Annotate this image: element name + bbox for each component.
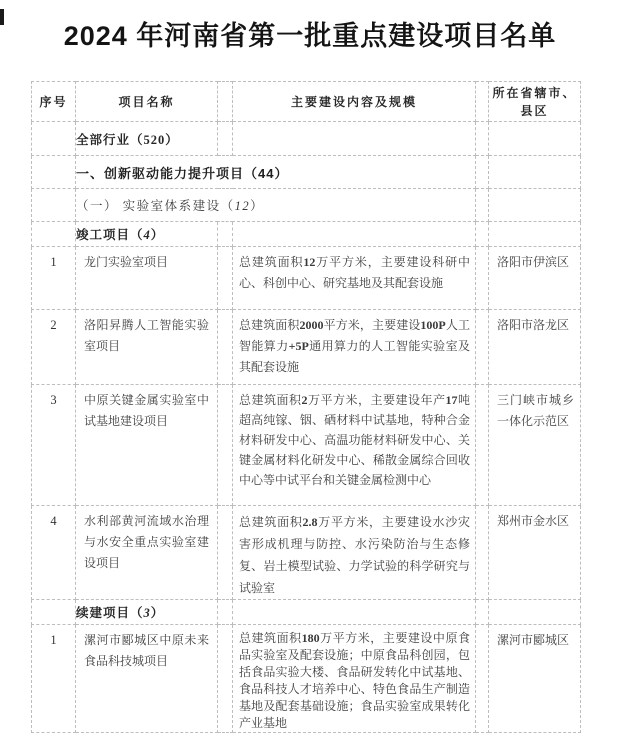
document-page: 2024 年河南省第一批重点建设项目名单 序号 项目名称 主要建设内容及规模 所… — [0, 0, 620, 753]
section-label: 续建项目（3） — [76, 600, 218, 625]
spacer-cell — [476, 506, 489, 600]
spacer-cell — [476, 156, 489, 189]
project-index: 4 — [32, 506, 76, 600]
spacer-cell — [476, 222, 489, 247]
index-cell — [32, 600, 76, 625]
table-header-row: 序号 项目名称 主要建设内容及规模 所在省辖市、县区 — [32, 82, 581, 122]
project-index: 2 — [32, 310, 76, 385]
col-header-project-name: 项目名称 — [76, 82, 218, 122]
project-name: 中原关键金属实验室中试基地建设项目 — [76, 385, 218, 506]
col-header-index: 序号 — [32, 82, 76, 122]
project-row: 1漯河市郾城区中原未来食品科技城项目总建筑面积180万平方米，主要建设中原食品实… — [32, 625, 581, 733]
spacer-cell — [218, 310, 233, 385]
project-row: 2洛阳昇腾人工智能实验室项目总建筑面积2000平方米，主要建设100P人工智能算… — [32, 310, 581, 385]
content-cell — [233, 122, 476, 156]
spacer-cell — [476, 625, 489, 733]
project-content: 总建筑面积180万平方米，主要建设中原食品实验室及配套设施；中原食品科创园，包括… — [233, 625, 476, 733]
spacer-cell — [218, 82, 233, 122]
section-row: 竣工项目（4） — [32, 222, 581, 247]
project-index: 3 — [32, 385, 76, 506]
page-title: 2024 年河南省第一批重点建设项目名单 — [0, 21, 620, 52]
scan-artifact — [0, 9, 4, 25]
project-location: 洛阳市伊滨区 — [489, 247, 581, 310]
section-label: 全部行业（520） — [76, 122, 218, 156]
project-content: 总建筑面积2.8万平方米，主要建设水沙灾害形成机理与防控、水污染防治与生态修复、… — [233, 506, 476, 600]
col-header-content: 主要建设内容及规模 — [233, 82, 476, 122]
index-cell — [32, 222, 76, 247]
spacer-cell — [476, 600, 489, 625]
section-label: 竣工项目（4） — [76, 222, 218, 247]
location-cell — [489, 189, 581, 222]
section-row: （一） 实验室体系建设（12） — [32, 189, 581, 222]
content-cell — [233, 222, 476, 247]
project-content: 总建筑面积12万平方米，主要建设科研中心、科创中心、研究基地及其配套设施 — [233, 247, 476, 310]
spacer-cell — [218, 122, 233, 156]
section-row: 全部行业（520） — [32, 122, 581, 156]
spacer-cell — [476, 247, 489, 310]
project-name: 水利部黄河流域水治理与水安全重点实验室建设项目 — [76, 506, 218, 600]
project-content: 总建筑面积2000平方米，主要建设100P人工智能算力+5P通用算力的人工智能实… — [233, 310, 476, 385]
index-cell — [32, 122, 76, 156]
location-cell — [489, 600, 581, 625]
spacer-cell — [218, 247, 233, 310]
location-cell — [489, 156, 581, 189]
spacer-cell — [476, 82, 489, 122]
spacer-cell — [476, 385, 489, 506]
project-row: 3中原关键金属实验室中试基地建设项目总建筑面积2万平方米，主要建设年产17吨超高… — [32, 385, 581, 506]
section-label: （一） 实验室体系建设（12） — [76, 189, 476, 222]
project-index: 1 — [32, 625, 76, 733]
spacer-cell — [218, 222, 233, 247]
spacer-cell — [218, 385, 233, 506]
spacer-cell — [476, 122, 489, 156]
index-cell — [32, 156, 76, 189]
spacer-cell — [476, 310, 489, 385]
section-row: 一、创新驱动能力提升项目（44） — [32, 156, 581, 189]
spacer-cell — [218, 600, 233, 625]
project-name: 漯河市郾城区中原未来食品科技城项目 — [76, 625, 218, 733]
spacer-cell — [218, 625, 233, 733]
location-cell — [489, 122, 581, 156]
project-location: 三门峡市城乡一体化示范区 — [489, 385, 581, 506]
project-row: 4水利部黄河流域水治理与水安全重点实验室建设项目总建筑面积2.8万平方米，主要建… — [32, 506, 581, 600]
col-header-location: 所在省辖市、县区 — [489, 82, 581, 122]
section-row: 续建项目（3） — [32, 600, 581, 625]
project-location: 漯河市郾城区 — [489, 625, 581, 733]
project-row: 1龙门实验室项目总建筑面积12万平方米，主要建设科研中心、科创中心、研究基地及其… — [32, 247, 581, 310]
project-location: 洛阳市洛龙区 — [489, 310, 581, 385]
project-content: 总建筑面积2万平方米，主要建设年产17吨超高纯镓、铟、硒材料中试基地，特种合金材… — [233, 385, 476, 506]
location-cell — [489, 222, 581, 247]
projects-table: 序号 项目名称 主要建设内容及规模 所在省辖市、县区 全部行业（520）一、创新… — [31, 81, 581, 733]
spacer-cell — [218, 506, 233, 600]
spacer-cell — [476, 189, 489, 222]
project-index: 1 — [32, 247, 76, 310]
section-label: 一、创新驱动能力提升项目（44） — [76, 156, 476, 189]
project-name: 洛阳昇腾人工智能实验室项目 — [76, 310, 218, 385]
project-location: 郑州市金水区 — [489, 506, 581, 600]
index-cell — [32, 189, 76, 222]
content-cell — [233, 600, 476, 625]
project-name: 龙门实验室项目 — [76, 247, 218, 310]
